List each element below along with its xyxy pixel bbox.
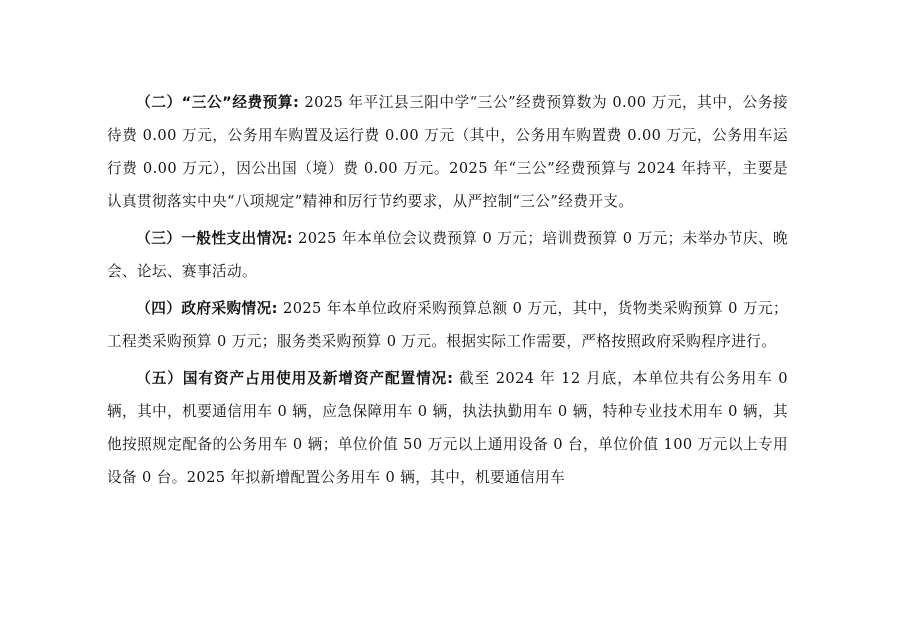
section-heading: （四）政府采购情况:	[136, 300, 278, 317]
paragraph-body: 2025 年平江县三阳中学“三公”经费预算数为 0.00 万元，其中，公务接待费…	[107, 94, 788, 210]
paragraph-body: 截至 2024 年 12 月底，本单位共有公务用车 0 辆，其中，机要通信用车 …	[107, 370, 788, 486]
paragraph-government-procurement: （四）政府采购情况: 2025 年本单位政府采购预算总额 0 万元，其中，货物类…	[107, 292, 788, 358]
section-heading: （二）“三公”经费预算:	[136, 94, 299, 111]
paragraph-general-expenditure: （三）一般性支出情况: 2025 年本单位会议费预算 0 万元；培训费预算 0 …	[107, 222, 788, 288]
paragraph-sangong-budget: （二）“三公”经费预算: 2025 年平江县三阳中学“三公”经费预算数为 0.0…	[107, 86, 788, 218]
paragraph-state-assets: （五）国有资产占用使用及新增资产配置情况: 截至 2024 年 12 月底，本单…	[107, 362, 788, 494]
document-page: （二）“三公”经费预算: 2025 年平江县三阳中学“三公”经费预算数为 0.0…	[107, 86, 788, 498]
section-heading: （五）国有资产占用使用及新增资产配置情况:	[136, 370, 453, 387]
section-heading: （三）一般性支出情况:	[136, 230, 293, 247]
